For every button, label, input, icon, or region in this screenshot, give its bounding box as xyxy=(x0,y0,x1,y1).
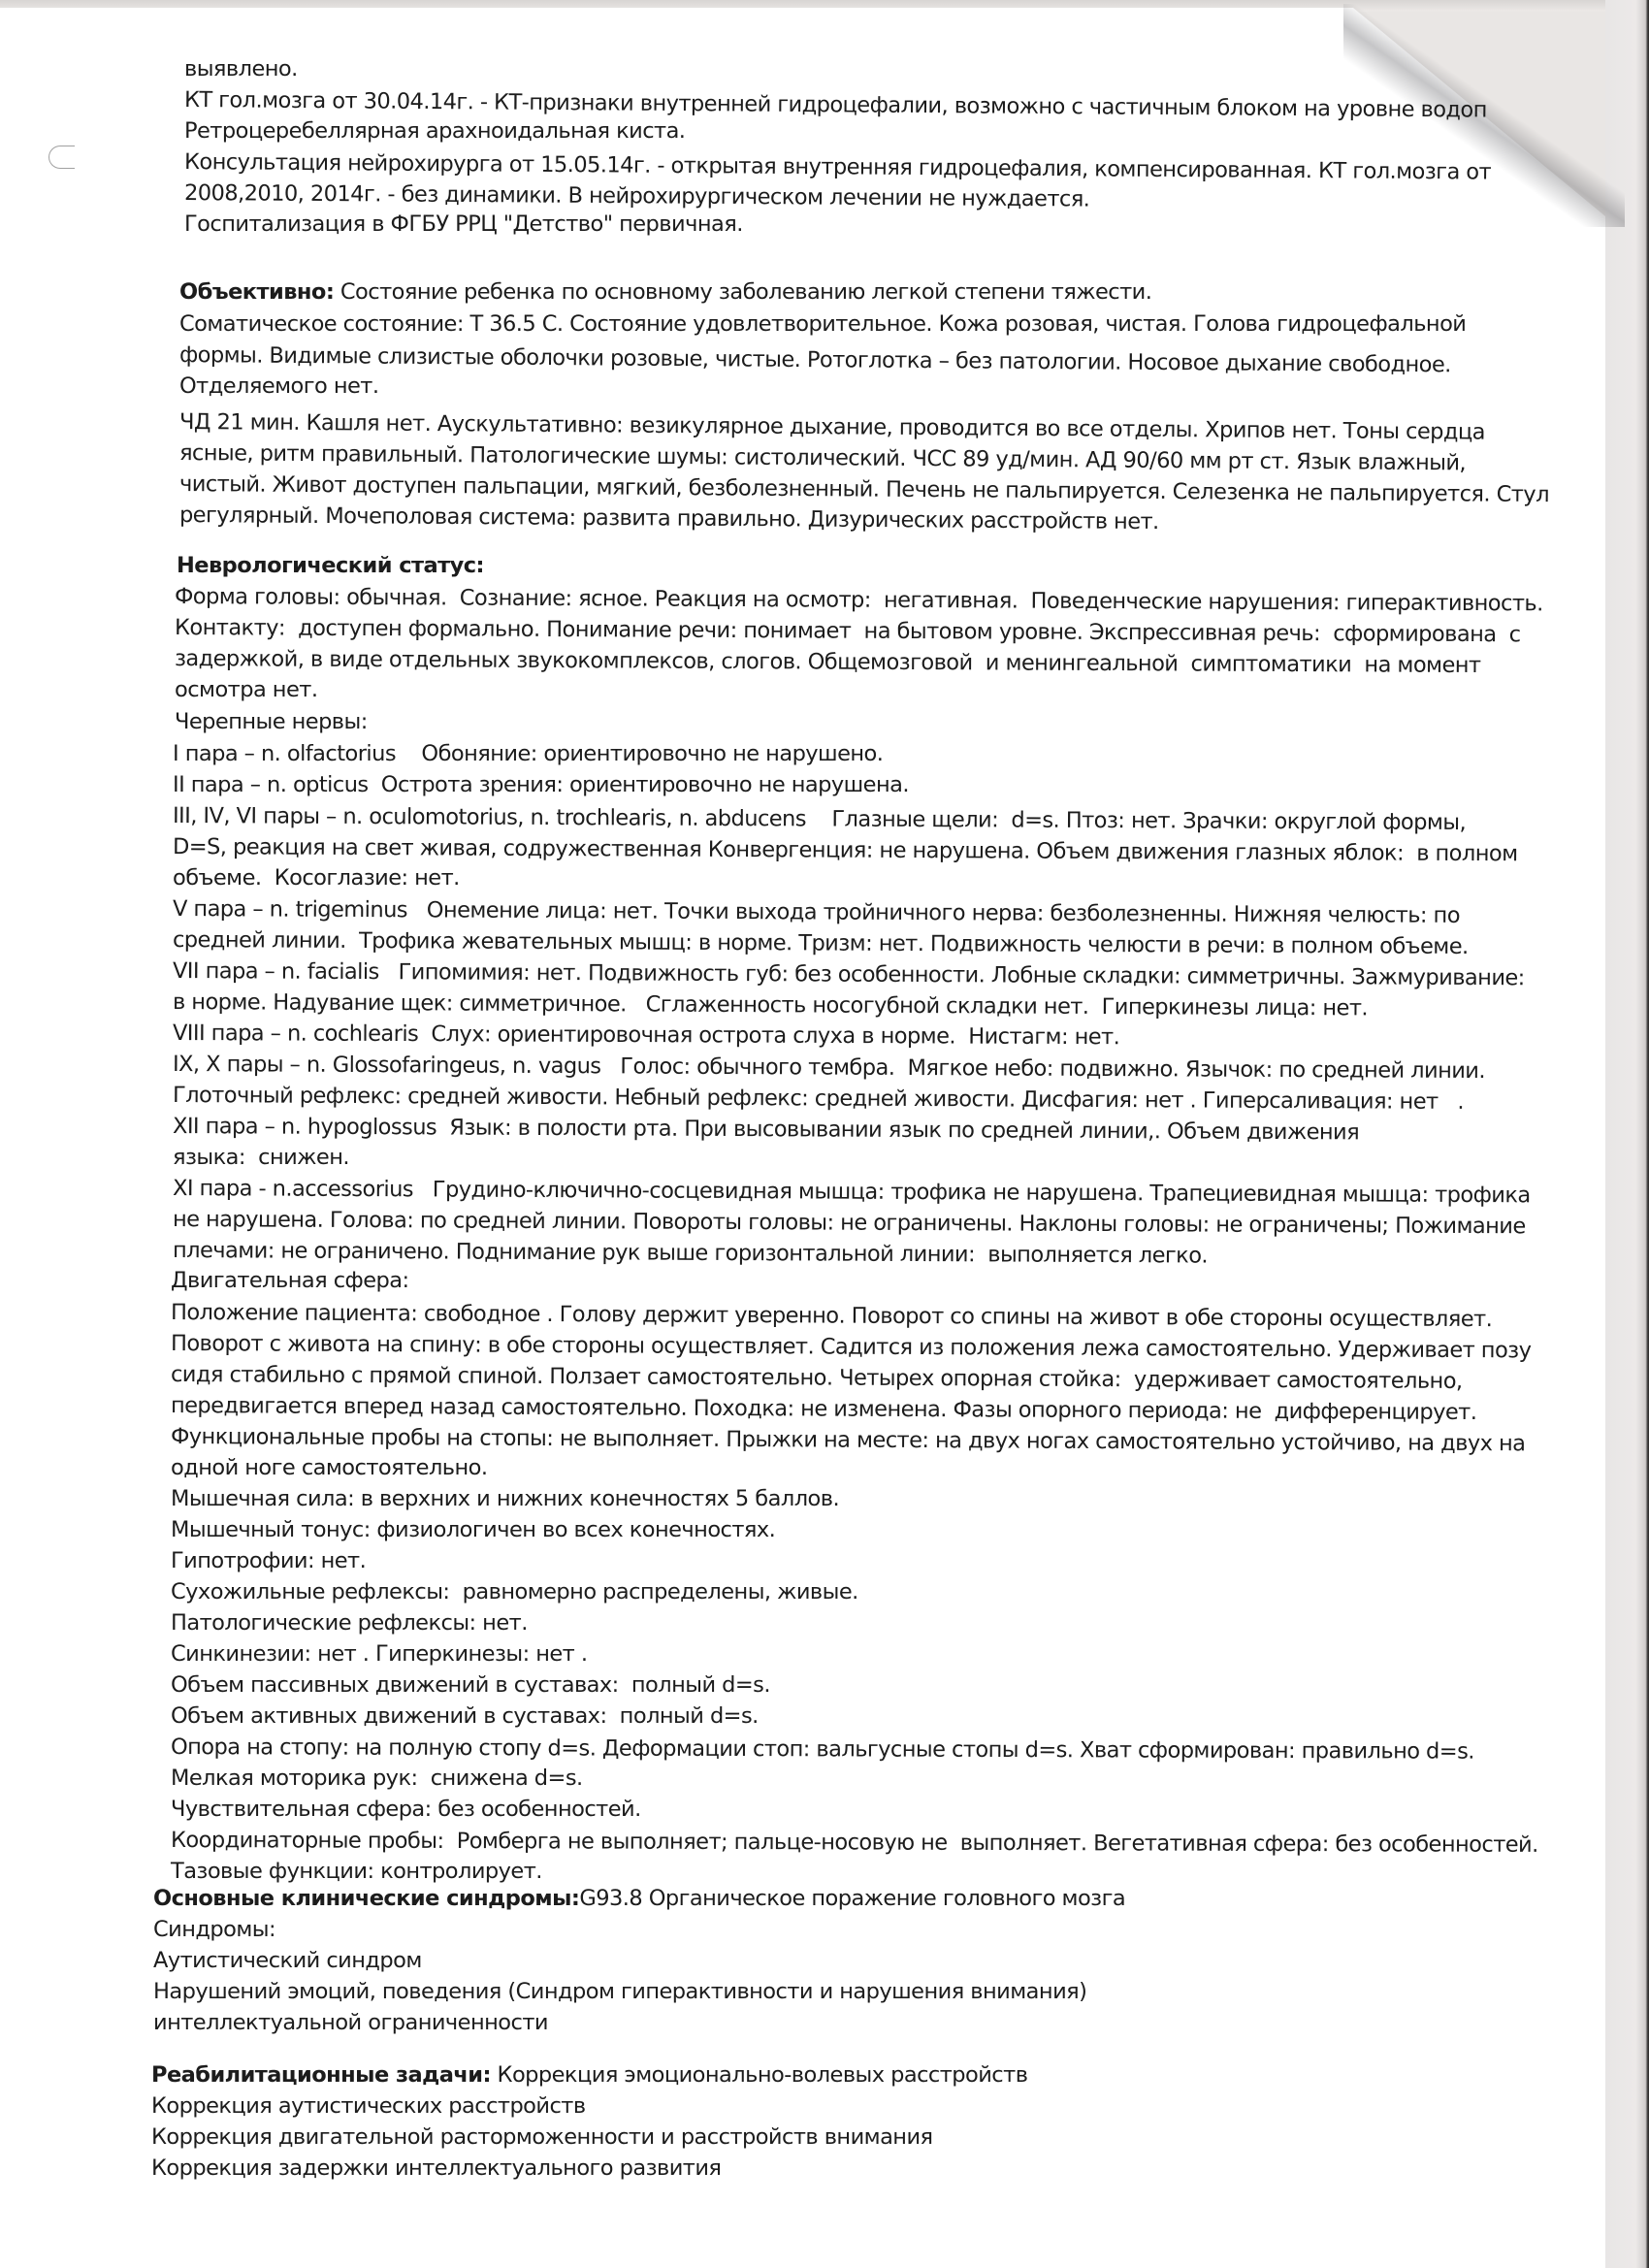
neuro-line: Мышечный тонус: физиологичен во всех кон… xyxy=(171,1519,775,1541)
history-line: 2008,2010, 2014г. - без динамики. В нейр… xyxy=(184,182,1089,211)
objective-line: чистый. Живот доступен пальпации, мягкий… xyxy=(179,473,1549,506)
objective-line: формы. Видимые слизистые оболочки розовы… xyxy=(179,344,1451,376)
neuro-line: плечами: не ограничено. Поднимание рук в… xyxy=(173,1240,1208,1267)
neuro-line: Гипотрофии: нет. xyxy=(171,1550,366,1572)
neuro-line: Объем пассивных движений в суставах: пол… xyxy=(171,1674,770,1697)
objective-first-line: Объективно: Состояние ребенка по основно… xyxy=(179,281,1151,304)
objective-line: ЧД 21 мин. Кашля нет. Аускультативно: ве… xyxy=(179,411,1485,443)
objective-line: регулярный. Мочеполовая система: развита… xyxy=(179,504,1159,534)
syndrome-line: Аутистический синдром xyxy=(153,1950,422,1972)
rehab-task: Коррекция двигательной расторможенности … xyxy=(151,2126,933,2149)
neuro-line: не нарушена. Голова: по средней линии. П… xyxy=(173,1209,1526,1238)
neuro-line: VIII пара – n. cochlearis Слух: ориентир… xyxy=(173,1022,1119,1049)
syndromes-title: Основные клинические синдромы: xyxy=(153,1886,579,1911)
objective-summary: Состояние ребенка по основному заболеван… xyxy=(334,279,1151,305)
history-line: Ретроцеребеллярная арахноидальная киста. xyxy=(184,120,685,143)
neuro-line: XII пара – n. hypoglossus Язык: в полост… xyxy=(173,1116,1359,1144)
neuro-line: VII пара – n. facialis Гипомимия: нет. П… xyxy=(173,960,1525,989)
rehab-first-line: Реабилитационные задачи: Коррекция эмоци… xyxy=(151,2064,1027,2087)
neuro-line: Объем активных движений в суставах: полн… xyxy=(171,1705,759,1728)
neuro-line: D=S, реакция на свет живая, содружествен… xyxy=(173,836,1518,865)
neuro-line: IX, X пары – n. Glossofaringeus, n. vagu… xyxy=(173,1053,1485,1083)
diagnosis-code: G93.8 Органическое поражение головного м… xyxy=(579,1886,1125,1911)
syndrome-line: Нарушений эмоций, поведения (Синдром гип… xyxy=(153,1981,1086,2003)
neuro-line: средней линии. Трофика жевательных мышц:… xyxy=(173,929,1469,957)
objective-line: Соматическое состояние: Т 36.5 С. Состоя… xyxy=(179,313,1466,336)
rehab-task: Коррекция аутистических расстройств xyxy=(151,2095,586,2118)
rehab-title: Реабилитационные задачи: xyxy=(151,2062,491,2088)
neuro-line: Чувствительная сфера: без особенностей. xyxy=(171,1798,641,1821)
syndromes-first-line: Основные клинические синдромы:G93.8 Орга… xyxy=(153,1888,1125,1910)
neuro-line: Функциональные пробы на стопы: не выполн… xyxy=(171,1426,1526,1455)
neuro-line: Патологические рефлексы: нет. xyxy=(171,1612,528,1635)
neuro-line: сидя стабильно с прямой спиной. Ползает … xyxy=(171,1364,1463,1392)
objective-line: Отделяемого нет. xyxy=(179,375,378,398)
neuro-line: Поворот с живота на спину: в обе стороны… xyxy=(171,1333,1532,1362)
neuro-line: I пара – n. olfactorius Обоняние: ориент… xyxy=(173,743,883,765)
neuro-line: языка: снижен. xyxy=(173,1147,349,1169)
neuro-line: Положение пациента: свободное . Голову д… xyxy=(171,1302,1492,1331)
neuro-line: осмотра нет. xyxy=(175,679,317,701)
neuro-line: Опора на стопу: на полную стопу d=s. Деф… xyxy=(171,1736,1474,1763)
neuro-line: в норме. Надувание щек: симметричное. Сг… xyxy=(173,991,1368,1020)
syndrome-line: Синдромы: xyxy=(153,1919,275,1941)
scanner-bed-edge xyxy=(1605,0,1649,2268)
neuro-line: III, IV, VI пары – n. oculomotorius, n. … xyxy=(173,805,1466,833)
history-line: Госпитализация в ФГБУ РРЦ "Детство" перв… xyxy=(184,213,743,236)
neuro-line: Сухожильные рефлексы: равномерно распред… xyxy=(171,1581,858,1604)
neuro-line: Форма головы: обычная. Сознание: ясное. … xyxy=(175,586,1543,615)
neuro-line: Мелкая моторика рук: снижена d=s. xyxy=(171,1767,583,1790)
neuro-title: Неврологический статус: xyxy=(177,555,484,577)
history-line: выявлено. xyxy=(184,58,298,81)
neuro-line: II пара – n. opticus Острота зрения: ори… xyxy=(173,774,909,796)
neuro-line: Тазовые функции: контролирует. xyxy=(171,1861,542,1883)
rehab-task: Коррекция задержки интеллектуального раз… xyxy=(151,2157,721,2180)
neuro-line: V пара – n. trigeminus Онемение лица: не… xyxy=(173,898,1460,926)
neuro-line: Черепные нервы: xyxy=(175,711,368,733)
neuro-line: задержкой, в виде отдельных звукокомплек… xyxy=(175,648,1481,677)
history-line: КТ гол.мозга от 30.04.14г. - КТ-признаки… xyxy=(184,89,1487,121)
syndrome-line: интеллектуальной ограниченности xyxy=(153,2012,548,2034)
history-line: Консультация нейрохирурга от 15.05.14г. … xyxy=(184,151,1491,183)
neuro-line: передвигается вперед назад самостоятельн… xyxy=(171,1395,1476,1424)
objective-title: Объективно: xyxy=(179,279,334,305)
rehab-task: Коррекция эмоционально-волевых расстройс… xyxy=(491,2062,1027,2088)
neuro-line: Контакту: доступен формально. Понимание … xyxy=(175,617,1521,646)
neuro-line: объеме. Косоглазие: нет. xyxy=(173,867,460,890)
neuro-line: Двигательная сфера: xyxy=(171,1270,409,1292)
neuro-line: Координаторные пробы: Ромберга не выполн… xyxy=(171,1830,1538,1856)
neuro-line: Мышечная сила: в верхних и нижних конечн… xyxy=(171,1488,839,1510)
neuro-line: одной ноге самостоятельно. xyxy=(171,1457,487,1479)
document-page: выявлено. КТ гол.мозга от 30.04.14г. - К… xyxy=(0,0,1605,2268)
objective-line: ясные, ритм правильный. Патологические ш… xyxy=(179,442,1466,474)
neuro-line: Глоточный рефлекс: средней живости. Небн… xyxy=(173,1085,1464,1113)
neuro-line: XI пара - n.accessorius Грудино-ключично… xyxy=(173,1178,1531,1207)
neuro-line: Синкинезии: нет . Гиперкинезы: нет . xyxy=(171,1643,587,1666)
